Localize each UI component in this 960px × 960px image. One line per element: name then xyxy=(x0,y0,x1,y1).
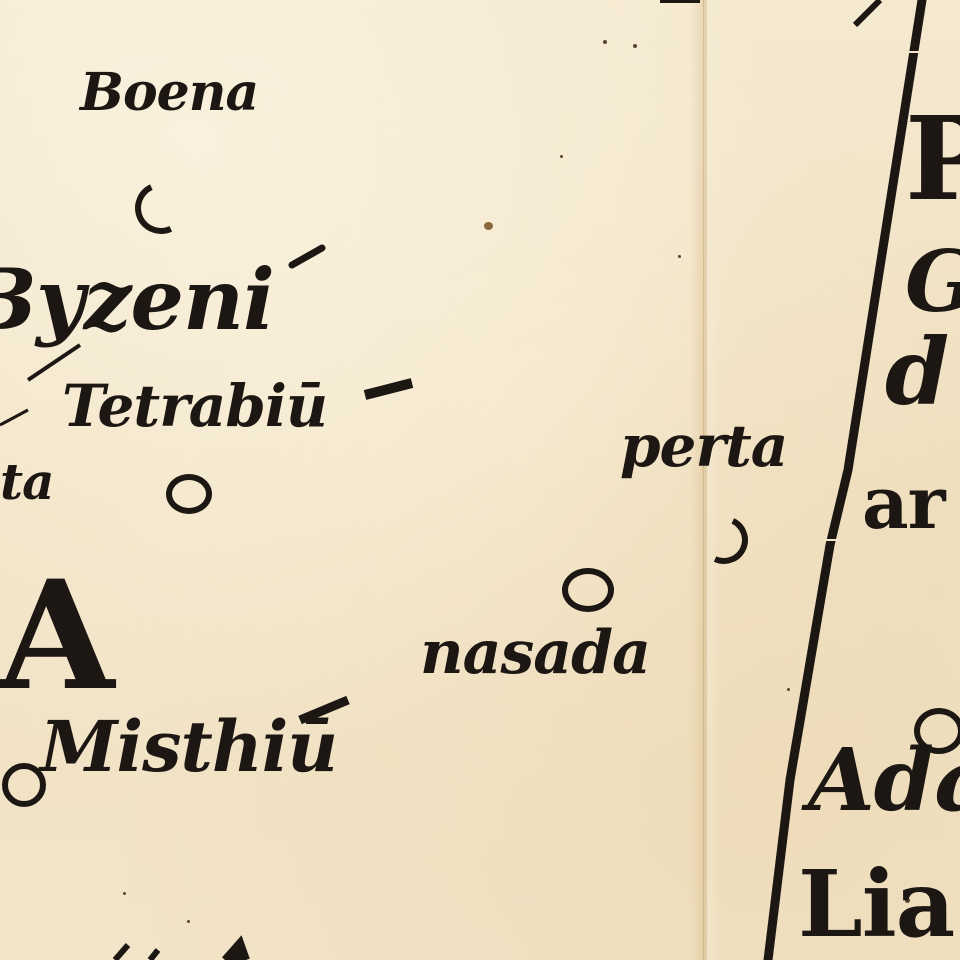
settlement-marker-misthiu xyxy=(2,763,46,807)
place-label-boena: Boena xyxy=(80,62,258,123)
place-label-byzeni: Byzeni xyxy=(0,250,274,349)
settlement-marker-adq xyxy=(914,708,960,754)
place-label-nasada: nasada xyxy=(420,618,650,688)
place-label-misthiu: Misthiū xyxy=(40,705,337,788)
place-label-tetrabiu: Tetrabiū xyxy=(62,372,327,440)
region-label-lia: Lia xyxy=(798,850,954,958)
region-label-right-g: G xyxy=(905,232,960,331)
place-label-ta-partial: ta xyxy=(0,452,54,511)
region-label-right-p: P xyxy=(905,92,960,227)
place-label-perta: perta xyxy=(620,412,787,480)
settlement-marker-tetrabiu xyxy=(166,474,212,514)
region-label-a-capital: A xyxy=(0,548,113,724)
region-label-right-ar: ar xyxy=(862,460,945,545)
region-label-right-d: d xyxy=(885,318,948,426)
settlement-marker-nasada xyxy=(562,568,614,612)
